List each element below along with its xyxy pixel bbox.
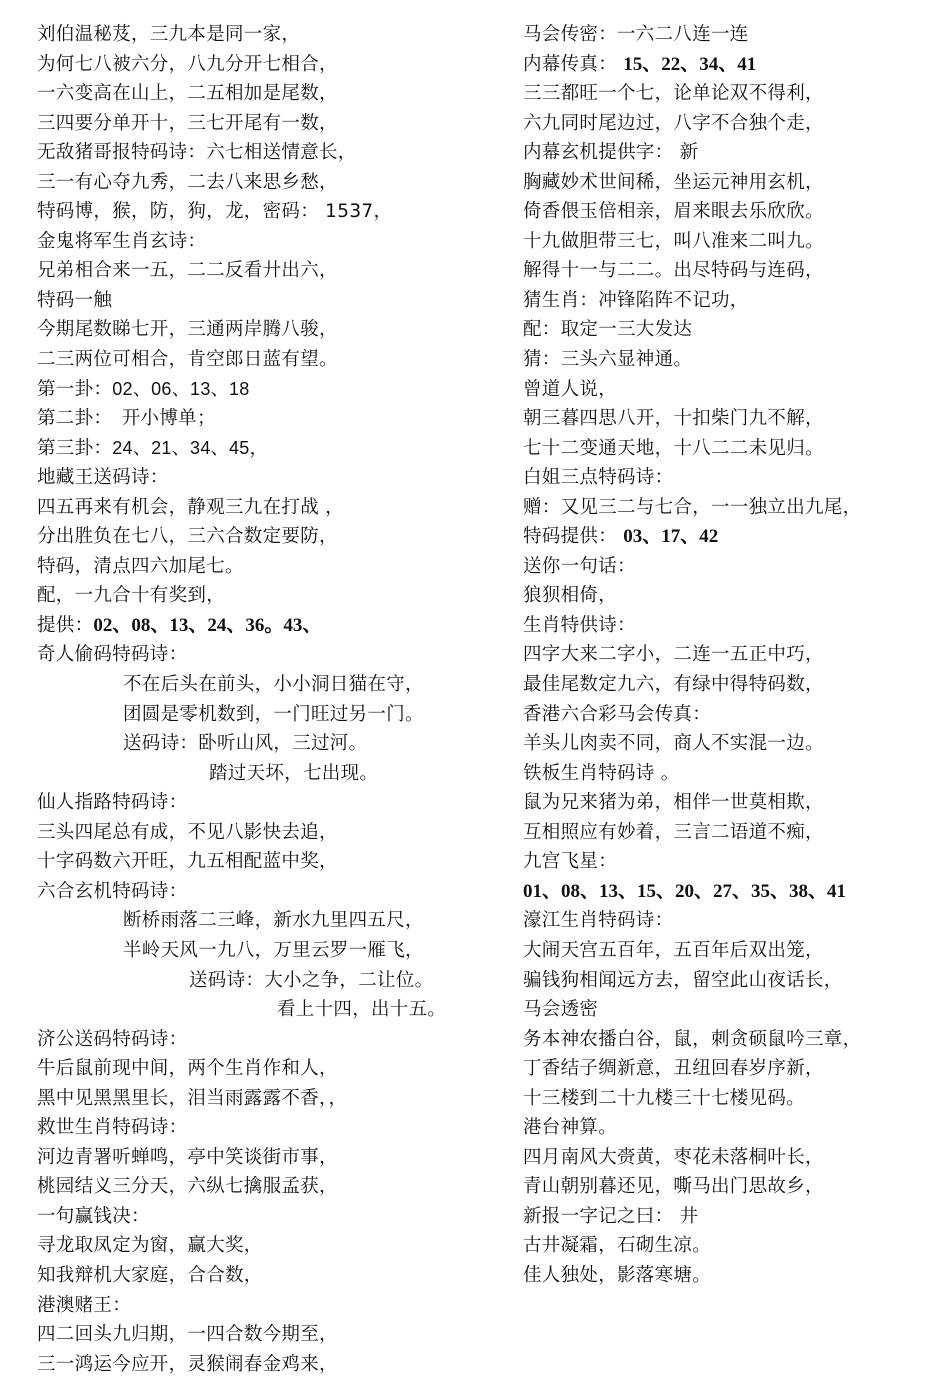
text-line: 仙人指路特码诗： [37,788,507,818]
text-line: 送码诗：大小之争，二让位。 [37,966,507,996]
text-line: 生肖特供诗： [523,611,937,641]
text-line: 特码提供： 03、17、42 [523,522,937,552]
text-line: 香港六合彩马会传真： [523,700,937,730]
line-text: 猜生肖：冲锋陷阵不记功， [523,290,749,311]
line-text: 胸藏妙术世间稀，坐运元神用玄机， [523,172,824,193]
line-text: 配，一九合十有奖到， [37,585,225,606]
text-line: 猜生肖：冲锋陷阵不记功， [523,286,937,316]
text-line: 六九同时尾边过，八字不合独个走， [523,109,937,139]
number-list: 03、17、42 [623,526,718,547]
line-text: 三四要分单开十，三七开尾有一数， [37,113,338,134]
line-text: 白姐三点特码诗： [523,467,673,488]
line-text: 港台神算。 [523,1117,617,1138]
text-line: 青山朝别暮还见，嘶马出门思故乡， [523,1172,937,1202]
text-line: 六合玄机特码诗： [37,877,507,907]
text-line: 胸藏妙术世间稀，坐运元神用玄机， [523,168,937,198]
text-line: 港台神算。 [523,1113,937,1143]
line-text: 香港六合彩马会传真： [523,704,711,725]
line-text: 佳人独处，影落寒塘。 [523,1265,711,1286]
text-line: 三三都旺一个七，论单论双不得利， [523,79,937,109]
line-text: 古井凝霜，石砌生凉。 [523,1235,711,1256]
text-line: 四二回头九归期，一四合数今期至， [37,1320,507,1350]
text-line: 济公送码特码诗： [37,1025,507,1055]
line-text: 羊头儿肉卖不同，商人不实混一边。 [523,733,824,754]
text-line: 羊头儿肉卖不同，商人不实混一边。 [523,729,937,759]
line-text: 解得十一与二二。出尽特码与连码， [523,260,824,281]
text-line: 朝三暮四思八开，十扣柴门九不解， [523,404,937,434]
text-line: 最佳尾数定九六，有绿中得特码数， [523,670,937,700]
line-label: 第一卦： [37,379,112,400]
line-text: 河边青署听蝉鸣，亭中笑谈街市事， [37,1147,338,1168]
line-text: 大闹天宫五百年，五百年后双出笼， [523,940,824,961]
text-line: 分出胜负在七八，三六合数定要防， [37,522,507,552]
text-line: 送码诗：卧听山风，三过河。 [37,729,507,759]
text-line: 互相照应有妙着，三言二语道不痴， [523,818,937,848]
number-list: 24、21、34、45， [112,438,268,458]
line-text: 特码一触 [37,290,112,311]
text-line: 内幕传真： 15、22、34、41 [523,50,937,80]
text-line: 四五再来有机会，静观三九在打战 ， [37,493,507,523]
line-text: 地藏王送码诗： [37,467,169,488]
line-text: 特码，清点四六加尾七。 [37,556,244,577]
line-text: 三一有心夺九秀，二去八来思乡愁， [37,172,338,193]
line-text: 兄弟相合来一五，二二反看廾出六， [37,260,338,281]
text-line: 一句赢钱决： [37,1202,507,1232]
text-line: 猜：三头六显神通。 [523,345,937,375]
text-line: 古井凝霜，石砌生凉。 [523,1231,937,1261]
text-line: 刘伯温秘芨，三九本是同一家， [37,20,507,50]
line-text: 断桥雨落二三峰，新水九里四五尺， [123,910,424,931]
text-line: 鼠为兄来猪为弟，相伴一世莫相欺， [523,788,937,818]
number-list: 02、08、13、24、36。43、 [93,615,321,636]
line-text: 今期尾数睇七开，三通两岸腾八骏， [37,319,338,340]
text-line: 四字大来二字小，二连一五正中巧， [523,640,937,670]
text-line: 今期尾数睇七开，三通两岸腾八骏， [37,315,507,345]
text-line: 特码一触 [37,286,507,316]
text-line: 金鬼将军生肖玄诗： [37,227,507,257]
text-line: 十字码数六开旺，九五相配蓝中奖， [37,847,507,877]
line-text: 仙人指路特码诗： [37,792,187,813]
line-label: 特码提供： [523,526,623,547]
text-line: 佳人独处，影落寒塘。 [523,1261,937,1291]
line-text: 半岭天风一九八，万里云罗一雁飞， [123,940,424,961]
text-line: 断桥雨落二三峰，新水九里四五尺， [37,906,507,936]
line-text: 踏过天坏，七出现。 [209,763,378,784]
text-line: 九宫飞星： [523,847,937,877]
text-line: 解得十一与二二。出尽特码与连码， [523,256,937,286]
line-text: 马会传密：一六二八连一连 [523,24,749,45]
line-text: 团圆是零机数到，一门旺过另一门。 [123,704,424,725]
text-line: 配：取定一三大发达 [523,315,937,345]
line-text: 知我辩机大家庭，合合数， [37,1265,263,1286]
text-line: 兄弟相合来一五，二二反看廾出六， [37,256,507,286]
line-text: 十三楼到二十九楼三十七楼见码。 [523,1088,805,1109]
text-line: 团圆是零机数到，一门旺过另一门。 [37,700,507,730]
line-text: 一句赢钱决： [37,1206,150,1227]
text-line: 四月南风大赍黄，枣花未落桐叶长， [523,1143,937,1173]
line-text: 倚香偎玉倍相亲，眉来眼去乐欣欣。 [523,201,824,222]
line-text: 送码诗：卧听山风，三过河。 [123,733,367,754]
line-text: 黑中见黑黑里长，泪当雨露露不香，， [37,1088,347,1109]
text-line: 七十二变通天地，十八二二未见归。 [523,434,937,464]
line-text: 猜：三头六显神通。 [523,349,692,370]
line-text: 港澳赌王： [37,1295,131,1316]
line-label: 第三卦： [37,438,112,459]
line-text: 分出胜负在七八，三六合数定要防， [37,526,338,547]
left-column: 刘伯温秘芨，三九本是同一家，为何七八被六分，八九分开七相合，一六变高在山上，二五… [37,20,507,1379]
right-column: 马会传密：一六二八连一连内幕传真： 15、22、34、41三三都旺一个七，论单论… [523,20,937,1291]
line-label: 提供： [37,615,93,636]
line-text: 桃园结义三分天，六纵七擒服孟获， [37,1176,338,1197]
line-text: 最佳尾数定九六，有绿中得特码数， [523,674,824,695]
text-line: 地藏王送码诗： [37,463,507,493]
text-line: 二三两位可相合，肯空郎日蓝有望。 [37,345,507,375]
text-line: 第二卦： 开小博单； [37,404,507,434]
line-text: 鼠为兄来猪为弟，相伴一世莫相欺， [523,792,824,813]
text-line: 白姐三点特码诗： [523,463,937,493]
text-line: 救世生肖特码诗： [37,1113,507,1143]
line-text: 一六变高在山上，二五相加是尾数， [37,83,338,104]
text-line: 一六变高在山上，二五相加是尾数， [37,79,507,109]
text-line: 马会传密：一六二八连一连 [523,20,937,50]
text-line: 配，一九合十有奖到， [37,581,507,611]
line-text: 铁板生肖特码诗 。 [523,763,680,784]
text-line: 内幕玄机提供字： 新 [523,138,937,168]
text-line: 牛后鼠前现中间，两个生肖作和人， [37,1054,507,1084]
line-text: 赠：又见三二与七合，一一独立出九尾， [523,497,861,518]
line-text: 狼狈相倚， [523,585,617,606]
text-line: 第一卦：02、06、13、18 [37,375,507,405]
text-line: 大闹天宫五百年，五百年后双出笼， [523,936,937,966]
text-line: 河边青署听蝉鸣，亭中笑谈街市事， [37,1143,507,1173]
line-text: 济公送码特码诗： [37,1029,187,1050]
text-line: 踏过天坏，七出现。 [37,759,507,789]
line-text: 无敌猪哥报特码诗：六七相送情意长， [37,142,357,163]
text-line: 骗钱狗相闻远方去，留空此山夜话长， [523,966,937,996]
text-line: 提供：02、08、13、24、36。43、 [37,611,507,641]
line-text: 青山朝别暮还见，嘶马出门思故乡， [523,1176,824,1197]
text-line: 01、08、13、15、20、27、35、38、41 [523,877,937,907]
line-text: 十字码数六开旺，九五相配蓝中奖， [37,851,338,872]
line-text: 二三两位可相合，肯空郎日蓝有望。 [37,349,338,370]
line-text: 配：取定一三大发达 [523,319,692,340]
line-text: 朝三暮四思八开，十扣柴门九不解， [523,408,824,429]
text-line: 倚香偎玉倍相亲，眉来眼去乐欣欣。 [523,197,937,227]
text-line: 三一有心夺九秀，二去八来思乡愁， [37,168,507,198]
line-text: 濠江生肖特码诗： [523,910,673,931]
line-label: 内幕传真： [523,54,623,75]
line-text: 务本神农播白谷，鼠，刺贪硕鼠吟三章， [523,1029,861,1050]
text-line: 送你一句话： [523,552,937,582]
line-text: 送你一句话： [523,556,636,577]
line-text: 寻龙取凤定为窗，赢大奖， [37,1235,263,1256]
text-line: 第三卦：24、21、34、45， [37,434,507,464]
number-list: 01、08、13、15、20、27、35、38、41 [523,881,846,902]
line-text: 三三都旺一个七，论单论双不得利， [523,83,824,104]
line-text: 第二卦： 开小博单； [37,408,216,429]
text-line: 看上十四，出十五。 [37,995,507,1025]
line-text: 三一鸿运今应开，灵猴闹春金鸡来， [37,1354,338,1375]
text-line: 三四要分单开十，三七开尾有一数， [37,109,507,139]
line-text: 互相照应有妙着，三言二语道不痴， [523,822,824,843]
text-line: 丁香结子绸新意，丑纽回春岁序新， [523,1054,937,1084]
line-text: 为何七八被六分，八九分开七相合， [37,54,338,75]
text-line: 新报一字记之曰： 井 [523,1202,937,1232]
line-text: 牛后鼠前现中间，两个生肖作和人， [37,1058,338,1079]
line-text: 刘伯温秘芨，三九本是同一家， [37,24,300,45]
line-text: 六九同时尾边过，八字不合独个走， [523,113,824,134]
text-line: 务本神农播白谷，鼠，刺贪硕鼠吟三章， [523,1025,937,1055]
text-line: 特码，清点四六加尾七。 [37,552,507,582]
line-text: 四月南风大赍黄，枣花未落桐叶长， [523,1147,824,1168]
text-line: 三一鸿运今应开，灵猴闹春金鸡来， [37,1350,507,1380]
text-line: 铁板生肖特码诗 。 [523,759,937,789]
text-line: 狼狈相倚， [523,581,937,611]
line-text: 内幕玄机提供字： 新 [523,142,698,163]
text-line: 无敌猪哥报特码诗：六七相送情意长， [37,138,507,168]
text-line: 黑中见黑黑里长，泪当雨露露不香，， [37,1084,507,1114]
text-line: 港澳赌王： [37,1291,507,1321]
line-text: 骗钱狗相闻远方去，留空此山夜话长， [523,970,843,991]
line-text: 生肖特供诗： [523,615,636,636]
text-line: 曾道人说， [523,375,937,405]
text-line: 特码博，猴，防，狗，龙，密码： 1537， [37,197,507,227]
line-text: 四五再来有机会，静观三九在打战 ， [37,497,344,518]
line-text: 十九做胆带三七，叫八准来二叫九。 [523,231,824,252]
line-text: 奇人偷码特码诗： [37,644,187,665]
line-text: 金鬼将军生肖玄诗： [37,231,206,252]
line-text: 新报一字记之曰： 井 [523,1206,698,1227]
text-line: 濠江生肖特码诗： [523,906,937,936]
text-line: 十三楼到二十九楼三十七楼见码。 [523,1084,937,1114]
text-line: 半岭天风一九八，万里云罗一雁飞， [37,936,507,966]
line-text: 看上十四，出十五。 [277,999,446,1020]
line-text: 特码博，猴，防，狗，龙，密码： 1537， [37,201,392,222]
text-line: 为何七八被六分，八九分开七相合， [37,50,507,80]
number-list: 02、06、13、18 [112,379,249,399]
line-text: 三头四尾总有成，不见八影快去追， [37,822,338,843]
text-line: 赠：又见三二与七合，一一独立出九尾， [523,493,937,523]
text-line: 知我辩机大家庭，合合数， [37,1261,507,1291]
line-text: 马会透密 [523,999,598,1020]
line-text: 救世生肖特码诗： [37,1117,187,1138]
line-text: 丁香结子绸新意，丑纽回春岁序新， [523,1058,824,1079]
line-text: 送码诗：大小之争，二让位。 [189,970,433,991]
line-text: 六合玄机特码诗： [37,881,187,902]
text-line: 十九做胆带三七，叫八准来二叫九。 [523,227,937,257]
text-line: 不在后头在前头，小小洞日猫在守， [37,670,507,700]
text-line: 寻龙取凤定为窗，赢大奖， [37,1231,507,1261]
text-line: 桃园结义三分天，六纵七擒服孟获， [37,1172,507,1202]
line-text: 四二回头九归期，一四合数今期至， [37,1324,338,1345]
line-text: 九宫飞星： [523,851,617,872]
text-line: 奇人偷码特码诗： [37,640,507,670]
text-line: 马会透密 [523,995,937,1025]
line-text: 四字大来二字小，二连一五正中巧， [523,644,824,665]
text-line: 三头四尾总有成，不见八影快去追， [37,818,507,848]
line-text: 七十二变通天地，十八二二未见归。 [523,438,824,459]
number-list: 15、22、34、41 [623,54,756,75]
line-text: 不在后头在前头，小小洞日猫在守， [123,674,424,695]
line-text: 曾道人说， [523,379,617,400]
